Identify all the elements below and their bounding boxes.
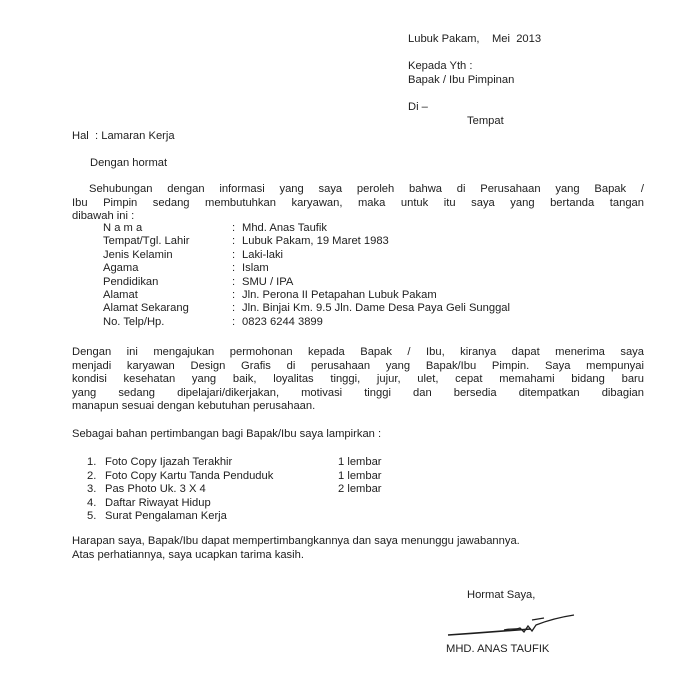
recipient: Bapak / Ibu Pimpinan — [408, 74, 514, 88]
biodata-row: Jenis Kelamin:Laki-laki — [103, 249, 510, 262]
signature-scribble-icon — [446, 614, 606, 640]
biodata-row: N a m a:Mhd. Anas Taufik — [103, 222, 510, 235]
attachment-name: Foto Copy Ijazah Terakhir — [105, 456, 338, 470]
biodata-row: Pendidikan:SMU / IPA — [103, 276, 510, 289]
place-date: Lubuk Pakam, Mei 2013 — [408, 33, 541, 47]
biodata-label: Jenis Kelamin — [103, 249, 232, 262]
biodata-value: Mhd. Anas Taufik — [242, 222, 327, 234]
biodata-separator: : — [232, 316, 242, 329]
attachment-quantity: 2 lembar — [338, 483, 382, 495]
biodata-value: Laki-laki — [242, 249, 283, 261]
biodata-row: No. Telp/Hp.:0823 6244 3899 — [103, 316, 510, 329]
closing-line: Harapan saya, Bapak/Ibu dapat mempertimb… — [72, 535, 520, 549]
biodata-label: Tempat/Tgl. Lahir — [103, 235, 232, 248]
biodata-label: Alamat Sekarang — [103, 302, 232, 315]
biodata-row: Alamat:Jln. Perona II Petapahan Lubuk Pa… — [103, 289, 510, 302]
attachment-item: 2.Foto Copy Kartu Tanda Penduduk1 lembar — [87, 470, 382, 484]
biodata-row: Agama:Islam — [103, 262, 510, 275]
attachment-quantity: 1 lembar — [338, 470, 382, 482]
attachment-item: 4.Daftar Riwayat Hidup — [87, 497, 382, 511]
biodata-separator: : — [232, 289, 242, 302]
biodata-value: Lubuk Pakam, 19 Maret 1983 — [242, 235, 389, 247]
at-label: Di – — [408, 101, 428, 115]
biodata-table: N a m a:Mhd. Anas TaufikTempat/Tgl. Lahi… — [103, 222, 510, 329]
subject-line: Hal : Lamaran Kerja — [72, 130, 175, 144]
closing-line: Atas perhatiannya, saya ucapkan tarima k… — [72, 549, 304, 563]
attachment-number: 1. — [87, 456, 105, 470]
biodata-value: Islam — [242, 262, 269, 274]
biodata-separator: : — [232, 262, 242, 275]
attachment-number: 5. — [87, 510, 105, 524]
body-line: menjadi karyawan Design Grafis di perusa… — [72, 360, 644, 374]
biodata-value: 0823 6244 3899 — [242, 316, 323, 328]
biodata-separator: : — [232, 276, 242, 289]
attachment-name: Foto Copy Kartu Tanda Penduduk — [105, 470, 338, 484]
attachments-list: 1.Foto Copy Ijazah Terakhir1 lembar2.Fot… — [87, 456, 382, 524]
biodata-label: Alamat — [103, 289, 232, 302]
intro-line: Sehubungan dengan informasi yang saya pe… — [72, 183, 644, 197]
signature-salutation: Hormat Saya, — [467, 589, 535, 603]
biodata-separator: : — [232, 235, 242, 248]
biodata-value: Jln. Binjai Km. 9.5 Jln. Dame Desa Paya … — [242, 302, 510, 314]
biodata-label: Agama — [103, 262, 232, 275]
attachment-number: 4. — [87, 497, 105, 511]
biodata-separator: : — [232, 302, 242, 315]
body-line: Dengan ini mengajukan permohonan kepada … — [72, 346, 644, 360]
intro-paragraph: Sehubungan dengan informasi yang saya pe… — [72, 183, 644, 224]
attachment-item: 5.Surat Pengalaman Kerja — [87, 510, 382, 524]
attachment-number: 3. — [87, 483, 105, 497]
biodata-value: SMU / IPA — [242, 276, 293, 288]
biodata-value: Jln. Perona II Petapahan Lubuk Pakam — [242, 289, 437, 301]
attachment-item: 1.Foto Copy Ijazah Terakhir1 lembar — [87, 456, 382, 470]
biodata-label: Pendidikan — [103, 276, 232, 289]
attachment-name: Daftar Riwayat Hidup — [105, 497, 338, 511]
place: Tempat — [467, 115, 504, 129]
biodata-separator: : — [232, 222, 242, 235]
intro-line: Ibu Pimpin sedang membutuhkan karyawan, … — [72, 197, 644, 211]
body-line: kondisi kesehatan yang baik, loyalitas t… — [72, 373, 644, 387]
attachment-number: 2. — [87, 470, 105, 484]
to-label: Kepada Yth : — [408, 60, 473, 74]
attachments-intro: Sebagai bahan pertimbangan bagi Bapak/Ib… — [72, 428, 381, 442]
body-line: manapun sesuai dengan kebutuhan perusaha… — [72, 400, 644, 414]
biodata-label: No. Telp/Hp. — [103, 316, 232, 329]
attachment-quantity: 1 lembar — [338, 456, 382, 468]
greeting: Dengan hormat — [90, 157, 167, 171]
biodata-row: Tempat/Tgl. Lahir:Lubuk Pakam, 19 Maret … — [103, 235, 510, 248]
attachment-item: 3.Pas Photo Uk. 3 X 42 lembar — [87, 483, 382, 497]
body-line: yang sedang dipelajari/dikerjakan, motiv… — [72, 387, 644, 401]
body-paragraph: Dengan ini mengajukan permohonan kepada … — [72, 346, 644, 414]
attachment-name: Pas Photo Uk. 3 X 4 — [105, 483, 338, 497]
biodata-separator: : — [232, 249, 242, 262]
attachment-name: Surat Pengalaman Kerja — [105, 510, 338, 524]
biodata-label: N a m a — [103, 222, 232, 235]
biodata-row: Alamat Sekarang:Jln. Binjai Km. 9.5 Jln.… — [103, 302, 510, 315]
signatory-name: MHD. ANAS TAUFIK — [446, 643, 549, 657]
